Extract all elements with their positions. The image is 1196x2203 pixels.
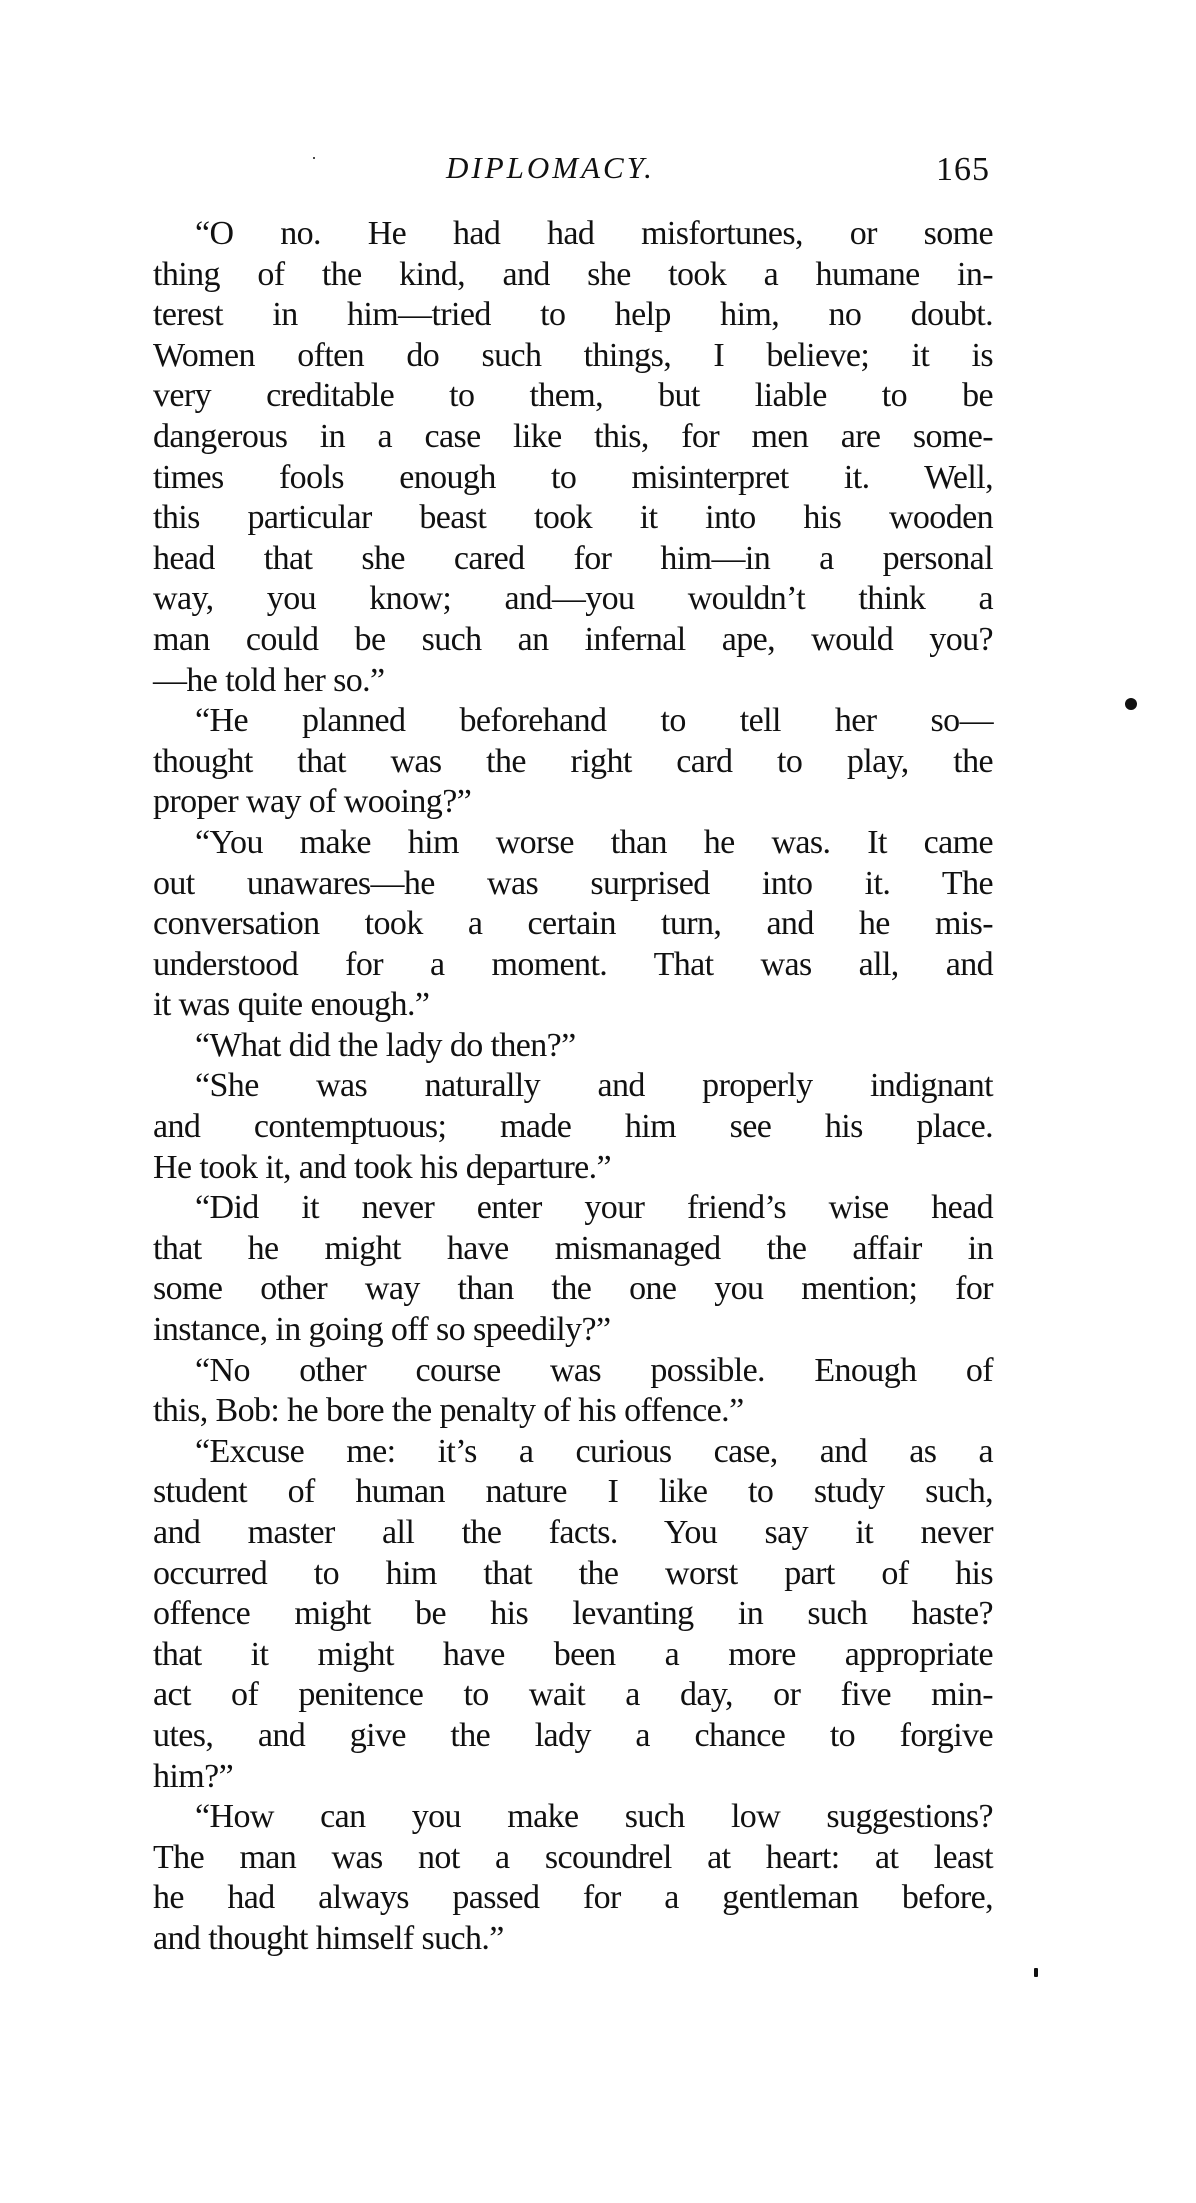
text-line: head that she cared for him—in a persona… — [153, 539, 993, 580]
text-line: proper way of wooing?” — [153, 782, 993, 823]
text-line: way, you know; and—you wouldn’t think a — [153, 579, 993, 620]
running-head: DIPLOMACY. — [446, 148, 655, 188]
text-line: it was quite enough.” — [153, 985, 993, 1026]
text-line: and thought himself such.” — [153, 1919, 993, 1960]
text-line: “She was naturally and properly indignan… — [153, 1066, 993, 1107]
body-text: “O no. He had had misfortunes, or someth… — [153, 214, 993, 1960]
text-line: —he told her so.” — [153, 661, 993, 702]
text-line: “Excuse me: it’s a curious case, and as … — [153, 1432, 993, 1473]
text-line: He took it, and took his departure.” — [153, 1148, 993, 1189]
text-line: “Did it never enter your friend’s wise h… — [153, 1188, 993, 1229]
text-line: terest in him—tried to help him, no doub… — [153, 295, 993, 336]
text-line: “How can you make such low suggestions? — [153, 1797, 993, 1838]
text-line: him?” — [153, 1757, 993, 1798]
text-line: this, Bob: he bore the penalty of his of… — [153, 1391, 993, 1432]
text-line: “O no. He had had misfortunes, or some — [153, 214, 993, 255]
text-line: dangerous in a case like this, for men a… — [153, 417, 993, 458]
text-line: utes, and give the lady a chance to forg… — [153, 1716, 993, 1757]
text-line: understood for a moment. That was all, a… — [153, 945, 993, 986]
ink-speck-mark — [313, 157, 315, 159]
text-line: student of human nature I like to study … — [153, 1472, 993, 1513]
text-line: “He planned beforehand to tell her so— — [153, 701, 993, 742]
text-line: “No other course was possible. Enough of — [153, 1351, 993, 1392]
text-line: this particular beast took it into his w… — [153, 498, 993, 539]
text-line: “You make him worse than he was. It came — [153, 823, 993, 864]
page-number: 165 — [936, 150, 990, 190]
text-line: offence might be his levanting in such h… — [153, 1594, 993, 1635]
text-line: thing of the kind, and she took a humane… — [153, 255, 993, 296]
ink-speck-mark — [1034, 1968, 1038, 1977]
text-line: act of penitence to wait a day, or five … — [153, 1675, 993, 1716]
text-line: conversation took a certain turn, and he… — [153, 904, 993, 945]
text-line: times fools enough to misinterpret it. W… — [153, 458, 993, 499]
text-line: The man was not a scoundrel at heart: at… — [153, 1838, 993, 1879]
text-line: occurred to him that the worst part of h… — [153, 1554, 993, 1595]
text-line: man could be such an infernal ape, would… — [153, 620, 993, 661]
text-line: he had always passed for a gentleman bef… — [153, 1878, 993, 1919]
text-line: “What did the lady do then?” — [153, 1026, 993, 1067]
text-line: that he might have mismanaged the affair… — [153, 1229, 993, 1270]
text-line: some other way than the one you mention;… — [153, 1269, 993, 1310]
text-line: and contemptuous; made him see his place… — [153, 1107, 993, 1148]
text-line: Women often do such things, I believe; i… — [153, 336, 993, 377]
text-line: out unawares—he was surprised into it. T… — [153, 864, 993, 905]
ink-blot-mark — [1125, 698, 1137, 710]
text-line: very creditable to them, but liable to b… — [153, 376, 993, 417]
text-line: thought that was the right card to play,… — [153, 742, 993, 783]
text-line: instance, in going off so speedily?” — [153, 1310, 993, 1351]
text-line: and master all the facts. You say it nev… — [153, 1513, 993, 1554]
text-line: that it might have been a more appropria… — [153, 1635, 993, 1676]
